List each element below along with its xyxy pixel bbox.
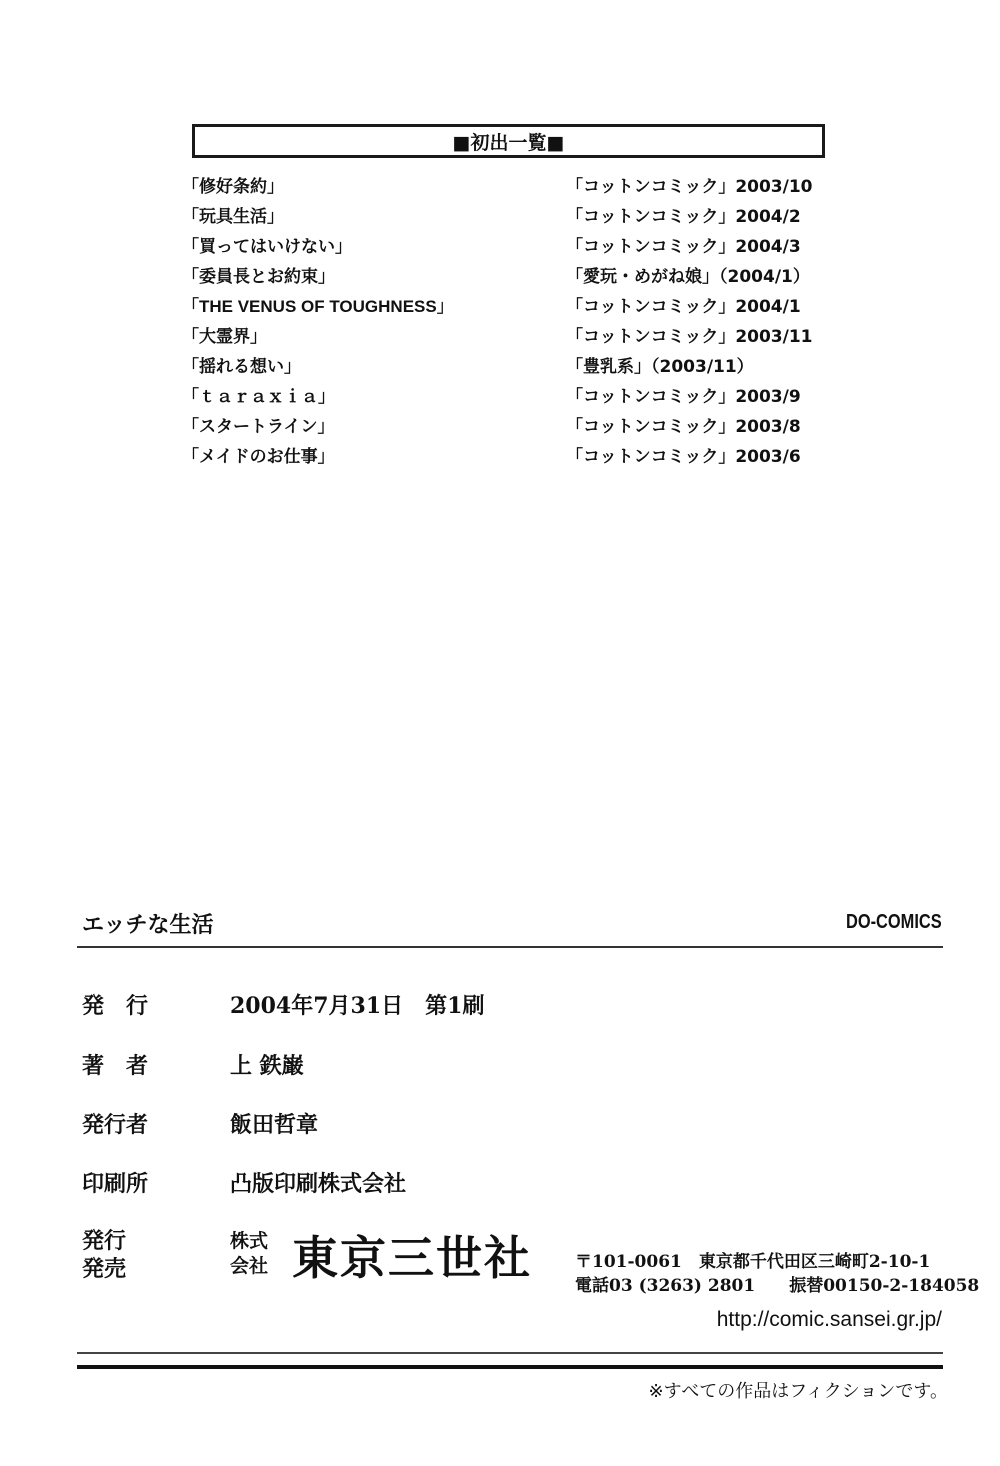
- publisher-label-line1: 発行: [82, 1228, 126, 1256]
- publisher-label-line2: 発売: [82, 1256, 126, 1284]
- work-title: 「THE VENUS OF TOUGHNESS」: [182, 292, 454, 322]
- work-source: 「コットンコミック」2003/8: [566, 412, 801, 442]
- publisher-name: 東京三世社: [292, 1222, 532, 1288]
- list-item: 「買ってはいけない」 「コットンコミック」2004/3: [182, 232, 842, 262]
- work-title: 「メイドのお仕事」: [182, 442, 335, 472]
- work-title: 「修好条約」: [182, 172, 284, 202]
- work-source: 「コットンコミック」2004/2: [566, 202, 801, 232]
- work-source: 「コットンコミック」2003/10: [566, 172, 813, 202]
- list-item: 「玩具生活」 「コットンコミック」2004/2: [182, 202, 842, 232]
- publisher-person-value: 飯田哲章: [230, 1108, 318, 1139]
- corporation-prefix-line1: 株式: [230, 1229, 268, 1254]
- publisher-address: 〒101-0061 東京都千代田区三崎町2-10-1: [575, 1247, 930, 1272]
- work-source: 「豊乳系」（2003/11）: [566, 352, 754, 382]
- printer-label: 印刷所: [82, 1167, 148, 1198]
- divider-thin: [77, 1352, 943, 1354]
- publisher-url[interactable]: http://comic.sansei.gr.jp/: [717, 1308, 942, 1332]
- series-name: DO-COMICS: [846, 911, 942, 934]
- list-item: 「スタートライン」 「コットンコミック」2003/8: [182, 412, 842, 442]
- list-item: 「THE VENUS OF TOUGHNESS」 「コットンコミック」2004/…: [182, 292, 842, 322]
- list-item: 「メイドのお仕事」 「コットンコミック」2003/6: [182, 442, 842, 472]
- divider: [77, 946, 943, 948]
- author-value: 上 鉄巌: [230, 1049, 304, 1080]
- work-source: 「愛玩・めがね娘」（2004/1）: [566, 262, 810, 292]
- work-title: 「大霊界」: [182, 322, 267, 352]
- list-item: 「揺れる想い」 「豊乳系」（2003/11）: [182, 352, 842, 382]
- publisher-label: 発行 発売: [82, 1228, 126, 1284]
- work-source: 「コットンコミック」2003/6: [566, 442, 801, 472]
- work-title: 「委員長とお約束」: [182, 262, 335, 292]
- list-item: 「委員長とお約束」 「愛玩・めがね娘」（2004/1）: [182, 262, 842, 292]
- list-item: 「大霊界」 「コットンコミック」2003/11: [182, 322, 842, 352]
- publisher-person-label: 発行者: [82, 1108, 148, 1139]
- first-appearance-heading-box: ■初出一覧■: [192, 124, 825, 158]
- work-source: 「コットンコミック」2004/3: [566, 232, 801, 262]
- work-title: 「玩具生活」: [182, 202, 284, 232]
- work-title: 「ｔａｒａｘｉａ」: [182, 382, 335, 412]
- issue-date-value: 2004年7月31日 第1刷: [230, 989, 484, 1020]
- book-title: エッチな生活: [82, 908, 214, 939]
- first-appearance-heading: ■初出一覧■: [453, 128, 565, 155]
- list-item: 「修好条約」 「コットンコミック」2003/10: [182, 172, 842, 202]
- work-title: 「買ってはいけない」: [182, 232, 352, 262]
- corporation-prefix: 株式 会社: [230, 1229, 268, 1279]
- work-source: 「コットンコミック」2003/11: [566, 322, 813, 352]
- fiction-disclaimer: ※すべての作品はフィクションです。: [649, 1377, 948, 1403]
- issue-date-label: 発 行: [82, 989, 148, 1020]
- work-title: 「揺れる想い」: [182, 352, 301, 382]
- author-label: 著 者: [82, 1049, 148, 1080]
- work-title: 「スタートライン」: [182, 412, 335, 442]
- corporation-prefix-line2: 会社: [230, 1254, 268, 1279]
- divider-thick: [77, 1365, 943, 1369]
- list-item: 「ｔａｒａｘｉａ」 「コットンコミック」2003/9: [182, 382, 842, 412]
- work-source: 「コットンコミック」2003/9: [566, 382, 801, 412]
- work-source: 「コットンコミック」2004/1: [566, 292, 801, 322]
- first-appearance-list: 「修好条約」 「コットンコミック」2003/10 「玩具生活」 「コットンコミッ…: [182, 172, 842, 472]
- publisher-phone: 電話03 (3263) 2801 振替00150-2-184058: [575, 1271, 979, 1296]
- printer-value: 凸版印刷株式会社: [230, 1167, 406, 1198]
